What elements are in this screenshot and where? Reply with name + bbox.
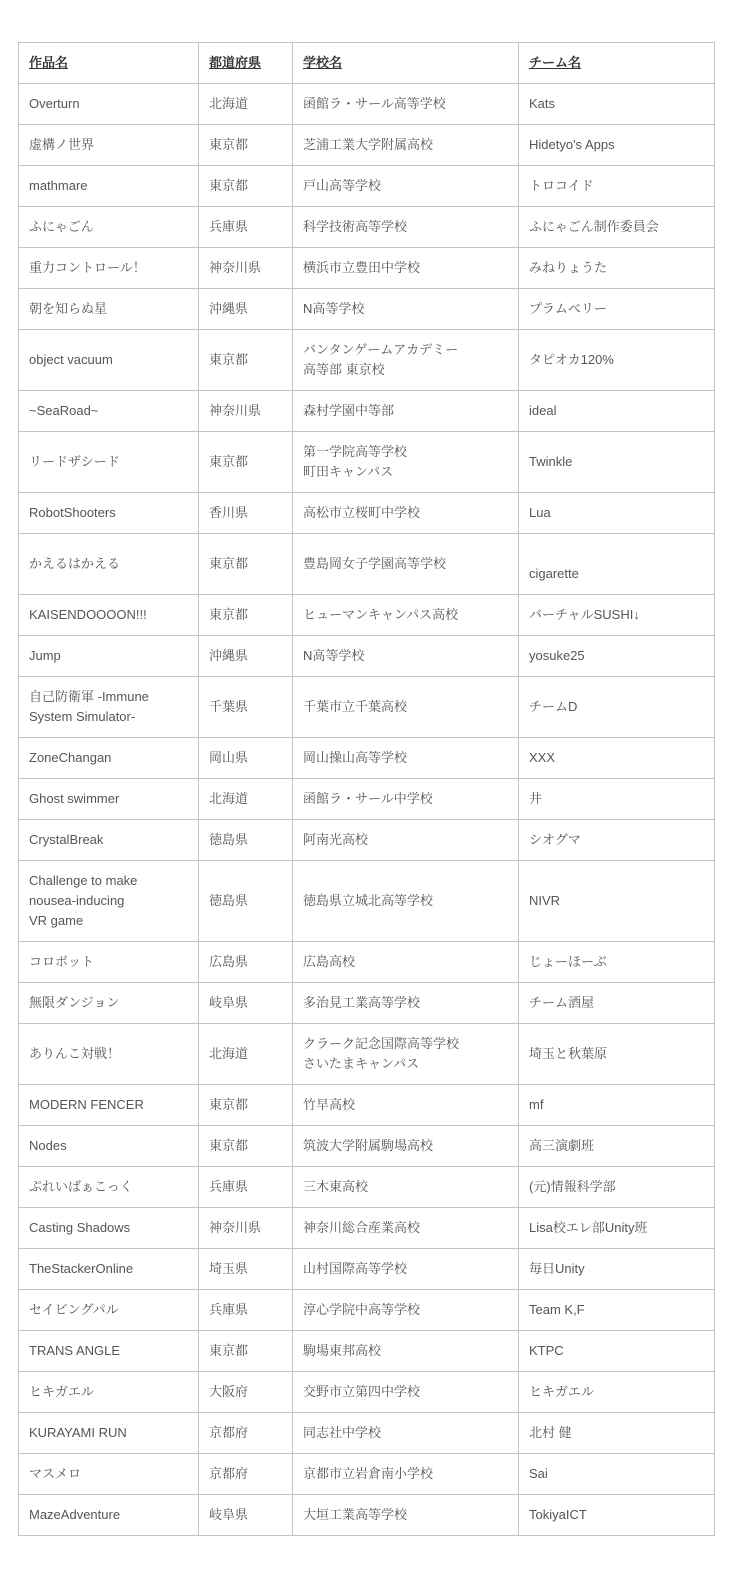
- cell-school: 淳心学院中高等学校: [293, 1290, 519, 1331]
- header-prefecture-label[interactable]: 都道府県: [209, 55, 261, 70]
- cell-school: 多治見工業高等学校: [293, 983, 519, 1024]
- cell-work-title-line: 自己防衛軍 -Immune: [29, 687, 188, 707]
- cell-team: Team K,F: [519, 1290, 715, 1331]
- cell-school-line: 科学技術高等学校: [303, 217, 508, 237]
- cell-prefecture-text: 北海道: [209, 1046, 248, 1061]
- cell-work-title: ヒキガエル: [19, 1372, 199, 1413]
- cell-work-title: MODERN FENCER: [19, 1085, 199, 1126]
- cell-school: 森村学園中等部: [293, 391, 519, 432]
- cell-team: Kats: [519, 84, 715, 125]
- cell-school-line: 横浜市立豊田中学校: [303, 258, 508, 278]
- cell-prefecture: 京都府: [199, 1454, 293, 1495]
- cell-team-line: Lua: [529, 503, 704, 523]
- table-row: ふにゃごん兵庫県科学技術高等学校ふにゃごん制作委員会: [19, 207, 715, 248]
- cell-school-line: 第一学院高等学校: [303, 442, 508, 462]
- table-row: RobotShooters香川県高松市立桜町中学校Lua: [19, 493, 715, 534]
- header-work-title[interactable]: 作品名: [19, 43, 199, 84]
- cell-work-title-line: Ghost swimmer: [29, 789, 188, 809]
- cell-work-title-line: Overturn: [29, 94, 188, 114]
- table-row: TheStackerOnline埼玉県山村国際高等学校毎日Unity: [19, 1249, 715, 1290]
- cell-prefecture: 広島県: [199, 942, 293, 983]
- cell-school: 阿南光高校: [293, 820, 519, 861]
- cell-school-line: 千葉市立千葉高校: [303, 697, 508, 717]
- cell-team: 毎日Unity: [519, 1249, 715, 1290]
- cell-work-title-line: セイビングパル: [29, 1300, 188, 1320]
- cell-school: 神奈川総合産業高校: [293, 1208, 519, 1249]
- cell-team-line: チームD: [529, 697, 704, 717]
- cell-team-line: プラムベリー: [529, 299, 704, 319]
- table-row: ぷれいばぁこっく兵庫県三木東高校(元)情報科学部: [19, 1167, 715, 1208]
- table-row: KURAYAMI RUN京都府同志社中学校北村 健: [19, 1413, 715, 1454]
- cell-prefecture: 岐阜県: [199, 983, 293, 1024]
- cell-work-title: かえるはかえる: [19, 534, 199, 595]
- cell-prefecture-text: 大阪府: [209, 1384, 248, 1399]
- cell-work-title-line: ZoneChangan: [29, 748, 188, 768]
- cell-work-title-line: nousea-inducing: [29, 891, 188, 911]
- cell-work-title: CrystalBreak: [19, 820, 199, 861]
- cell-team: みねりょうた: [519, 248, 715, 289]
- cell-team-line: KTPC: [529, 1341, 704, 1361]
- cell-team-line: Hidetyo's Apps: [529, 135, 704, 155]
- cell-team-line: シオグマ: [529, 830, 704, 850]
- cell-school: 豊島岡女子学園高等学校: [293, 534, 519, 595]
- cell-team-line: XXX: [529, 748, 704, 768]
- cell-work-title-line: ふにゃごん: [29, 217, 188, 237]
- cell-team: 埼玉と秋葉原: [519, 1024, 715, 1085]
- cell-team: バーチャルSUSHI↓: [519, 595, 715, 636]
- cell-team: 北村 健: [519, 1413, 715, 1454]
- cell-team: Lua: [519, 493, 715, 534]
- cell-prefecture: 東京都: [199, 1126, 293, 1167]
- cell-work-title-line: 重力コントロール！: [29, 258, 188, 278]
- cell-prefecture-text: 兵庫県: [209, 1302, 248, 1317]
- cell-team-line: みねりょうた: [529, 258, 704, 278]
- cell-prefecture: 沖縄県: [199, 289, 293, 330]
- cell-team: XXX: [519, 738, 715, 779]
- cell-team-line: 北村 健: [529, 1423, 704, 1443]
- cell-prefecture: 京都府: [199, 1413, 293, 1454]
- table-row: mathmare東京都戸山高等学校トロコイド: [19, 166, 715, 207]
- cell-prefecture-text: 兵庫県: [209, 1179, 248, 1194]
- cell-work-title: object vacuum: [19, 330, 199, 391]
- cell-work-title-line: MODERN FENCER: [29, 1095, 188, 1115]
- cell-prefecture-text: 京都府: [209, 1466, 248, 1481]
- cell-work-title-line: TRANS ANGLE: [29, 1341, 188, 1361]
- header-team-label[interactable]: チーム名: [529, 55, 581, 70]
- table-row: ~SeaRoad~神奈川県森村学園中等部ideal: [19, 391, 715, 432]
- cell-school: 科学技術高等学校: [293, 207, 519, 248]
- cell-school: 同志社中学校: [293, 1413, 519, 1454]
- cell-school-line: 京都市立岩倉南小学校: [303, 1464, 508, 1484]
- cell-school: 大垣工業高等学校: [293, 1495, 519, 1536]
- cell-team: Twinkle: [519, 432, 715, 493]
- cell-team-line: チーム酒屋: [529, 993, 704, 1013]
- cell-work-title: 自己防衛軍 -ImmuneSystem Simulator-: [19, 677, 199, 738]
- cell-school-line: 徳島県立城北高等学校: [303, 891, 508, 911]
- cell-prefecture: 大阪府: [199, 1372, 293, 1413]
- table-row: CrystalBreak徳島県阿南光高校シオグマ: [19, 820, 715, 861]
- table-row: Nodes東京都筑波大学附属駒場高校高三演劇班: [19, 1126, 715, 1167]
- cell-prefecture-text: 東京都: [209, 454, 248, 469]
- cell-prefecture: 千葉県: [199, 677, 293, 738]
- table-row: 自己防衛軍 -ImmuneSystem Simulator-千葉県千葉市立千葉高…: [19, 677, 715, 738]
- cell-work-title-line: Jump: [29, 646, 188, 666]
- cell-team: シオグマ: [519, 820, 715, 861]
- cell-school: 交野市立第四中学校: [293, 1372, 519, 1413]
- cell-school-line: 交野市立第四中学校: [303, 1382, 508, 1402]
- cell-team-line: mf: [529, 1095, 704, 1115]
- cell-prefecture-text: 兵庫県: [209, 219, 248, 234]
- cell-school: 駒場東邦高校: [293, 1331, 519, 1372]
- cell-prefecture-text: 東京都: [209, 1097, 248, 1112]
- cell-prefecture-text: 埼玉県: [209, 1261, 248, 1276]
- cell-prefecture: 東京都: [199, 1331, 293, 1372]
- cell-work-title: Challenge to makenousea-inducingVR game: [19, 861, 199, 942]
- entries-table: 作品名 都道府県 学校名 チーム名 Overturn北海道函館ラ・サール高等学校…: [18, 42, 715, 1536]
- cell-work-title: リードザシード: [19, 432, 199, 493]
- cell-work-title: ふにゃごん: [19, 207, 199, 248]
- table-row: TRANS ANGLE東京都駒場東邦高校KTPC: [19, 1331, 715, 1372]
- cell-school-line: 同志社中学校: [303, 1423, 508, 1443]
- cell-team: TokiyaICT: [519, 1495, 715, 1536]
- cell-team-line: (元)情報科学部: [529, 1177, 704, 1197]
- table-row: Challenge to makenousea-inducingVR game徳…: [19, 861, 715, 942]
- cell-prefecture-text: 千葉県: [209, 699, 248, 714]
- cell-prefecture: 兵庫県: [199, 1167, 293, 1208]
- cell-team-line: 毎日Unity: [529, 1259, 704, 1279]
- cell-team: yosuke25: [519, 636, 715, 677]
- cell-team-line: じょーほーぶ: [529, 952, 704, 972]
- cell-school-line: 広島高校: [303, 952, 508, 972]
- cell-work-title-line: KURAYAMI RUN: [29, 1423, 188, 1443]
- cell-school-line: 豊島岡女子学園高等学校: [303, 554, 508, 574]
- table-row: object vacuum東京都バンタンゲームアカデミー高等部 東京校タピオカ1…: [19, 330, 715, 391]
- cell-work-title: MazeAdventure: [19, 1495, 199, 1536]
- cell-work-title: Ghost swimmer: [19, 779, 199, 820]
- cell-work-title: mathmare: [19, 166, 199, 207]
- cell-prefecture: 東京都: [199, 166, 293, 207]
- cell-team: チーム酒屋: [519, 983, 715, 1024]
- cell-work-title-line: 無限ダンジョン: [29, 993, 188, 1013]
- table-row: Casting Shadows神奈川県神奈川総合産業高校Lisa校エレ部Unit…: [19, 1208, 715, 1249]
- cell-team-line: Kats: [529, 94, 704, 114]
- cell-prefecture-text: 東京都: [209, 137, 248, 152]
- cell-work-title: KURAYAMI RUN: [19, 1413, 199, 1454]
- cell-school: 山村国際高等学校: [293, 1249, 519, 1290]
- cell-school-line: 淳心学院中高等学校: [303, 1300, 508, 1320]
- cell-work-title: ZoneChangan: [19, 738, 199, 779]
- cell-work-title: TheStackerOnline: [19, 1249, 199, 1290]
- cell-school: 徳島県立城北高等学校: [293, 861, 519, 942]
- table-row: 虚構ノ世界東京都芝浦工業大学附属高校Hidetyo's Apps: [19, 125, 715, 166]
- cell-prefecture: 北海道: [199, 84, 293, 125]
- cell-prefecture: 岐阜県: [199, 1495, 293, 1536]
- cell-school: 岡山操山高等学校: [293, 738, 519, 779]
- cell-school: 京都市立岩倉南小学校: [293, 1454, 519, 1495]
- cell-team-line: TokiyaICT: [529, 1505, 704, 1525]
- cell-prefecture-text: 神奈川県: [209, 260, 261, 275]
- cell-work-title: 重力コントロール！: [19, 248, 199, 289]
- header-school-label[interactable]: 学校名: [303, 55, 342, 70]
- cell-prefecture: 神奈川県: [199, 391, 293, 432]
- cell-team-line: Twinkle: [529, 452, 704, 472]
- cell-work-title: TRANS ANGLE: [19, 1331, 199, 1372]
- cell-team-line: NIVR: [529, 891, 704, 911]
- cell-prefecture: 東京都: [199, 125, 293, 166]
- cell-work-title: ありんこ対戦！: [19, 1024, 199, 1085]
- cell-prefecture-text: 神奈川県: [209, 403, 261, 418]
- cell-work-title: ぷれいばぁこっく: [19, 1167, 199, 1208]
- cell-school-line: 森村学園中等部: [303, 401, 508, 421]
- cell-work-title: 無限ダンジョン: [19, 983, 199, 1024]
- cell-work-title-line: TheStackerOnline: [29, 1259, 188, 1279]
- cell-prefecture: 東京都: [199, 534, 293, 595]
- cell-work-title-line: リードザシード: [29, 452, 188, 472]
- cell-work-title: Overturn: [19, 84, 199, 125]
- cell-prefecture-text: 京都府: [209, 1425, 248, 1440]
- cell-prefecture: 北海道: [199, 1024, 293, 1085]
- cell-prefecture: 東京都: [199, 330, 293, 391]
- cell-school-line: 町田キャンパス: [303, 462, 508, 482]
- cell-school: 第一学院高等学校町田キャンパス: [293, 432, 519, 493]
- cell-prefecture: 埼玉県: [199, 1249, 293, 1290]
- cell-school: 広島高校: [293, 942, 519, 983]
- table-header-row: 作品名 都道府県 学校名 チーム名: [19, 43, 715, 84]
- table-row: Overturn北海道函館ラ・サール高等学校Kats: [19, 84, 715, 125]
- cell-work-title-line: Challenge to make: [29, 871, 188, 891]
- cell-prefecture: 神奈川県: [199, 248, 293, 289]
- cell-school: バンタンゲームアカデミー高等部 東京校: [293, 330, 519, 391]
- table-row: Jump沖縄県N高等学校yosuke25: [19, 636, 715, 677]
- cell-team: Hidetyo's Apps: [519, 125, 715, 166]
- cell-work-title-line: KAISENDOOOON!!!: [29, 605, 188, 625]
- table-row: ありんこ対戦！北海道クラーク記念国際高等学校さいたまキャンパス埼玉と秋葉原: [19, 1024, 715, 1085]
- cell-work-title-line: コロボット: [29, 952, 188, 972]
- table-row: リードザシード東京都第一学院高等学校町田キャンパスTwinkle: [19, 432, 715, 493]
- cell-prefecture-text: 徳島県: [209, 893, 248, 908]
- cell-school-line: 駒場東邦高校: [303, 1341, 508, 1361]
- cell-prefecture-text: 東京都: [209, 352, 248, 367]
- cell-team: (元)情報科学部: [519, 1167, 715, 1208]
- cell-school: 三木東高校: [293, 1167, 519, 1208]
- cell-team-line: Sai: [529, 1464, 704, 1484]
- cell-team-line: ふにゃごん制作委員会: [529, 217, 704, 237]
- header-work-title-label[interactable]: 作品名: [29, 55, 68, 70]
- table-row: KAISENDOOOON!!!東京都ヒューマンキャンパス高校バーチャルSUSHI…: [19, 595, 715, 636]
- cell-school-line: 芝浦工業大学附属高校: [303, 135, 508, 155]
- cell-school-line: 竹早高校: [303, 1095, 508, 1115]
- cell-prefecture-text: 沖縄県: [209, 301, 248, 316]
- cell-team: ふにゃごん制作委員会: [519, 207, 715, 248]
- cell-team: タピオカ120%: [519, 330, 715, 391]
- cell-work-title: ~SeaRoad~: [19, 391, 199, 432]
- cell-prefecture-text: 広島県: [209, 954, 248, 969]
- cell-school-line: 函館ラ・サール中学校: [303, 789, 508, 809]
- cell-work-title-line: MazeAdventure: [29, 1505, 188, 1525]
- cell-team-line: トロコイド: [529, 176, 704, 196]
- cell-school-line: 函館ラ・サール高等学校: [303, 94, 508, 114]
- cell-school-line: クラーク記念国際高等学校: [303, 1034, 508, 1054]
- cell-prefecture: 神奈川県: [199, 1208, 293, 1249]
- cell-school-line: 高松市立桜町中学校: [303, 503, 508, 523]
- cell-prefecture: 沖縄県: [199, 636, 293, 677]
- cell-team: Sai: [519, 1454, 715, 1495]
- cell-work-title-line: mathmare: [29, 176, 188, 196]
- cell-prefecture-text: 東京都: [209, 607, 248, 622]
- cell-work-title-line: かえるはかえる: [29, 554, 188, 574]
- cell-work-title-line: ぷれいばぁこっく: [29, 1177, 188, 1197]
- table-row: MazeAdventure岐阜県大垣工業高等学校TokiyaICT: [19, 1495, 715, 1536]
- cell-prefecture-text: 徳島県: [209, 832, 248, 847]
- cell-school-line: バンタンゲームアカデミー: [303, 340, 508, 360]
- cell-work-title: Casting Shadows: [19, 1208, 199, 1249]
- cell-team-line: [529, 544, 704, 564]
- table-row: Ghost swimmer北海道函館ラ・サール中学校井: [19, 779, 715, 820]
- cell-school-line: 戸山高等学校: [303, 176, 508, 196]
- cell-prefecture-text: 東京都: [209, 556, 248, 571]
- cell-prefecture-text: 神奈川県: [209, 1220, 261, 1235]
- cell-school: 千葉市立千葉高校: [293, 677, 519, 738]
- table-body: Overturn北海道函館ラ・サール高等学校Kats虚構ノ世界東京都芝浦工業大学…: [19, 84, 715, 1536]
- table-row: ZoneChangan岡山県岡山操山高等学校XXX: [19, 738, 715, 779]
- cell-school: N高等学校: [293, 636, 519, 677]
- cell-team: じょーほーぶ: [519, 942, 715, 983]
- cell-school-line: 高等部 東京校: [303, 360, 508, 380]
- header-team[interactable]: チーム名: [519, 43, 715, 84]
- cell-work-title-line: System Simulator-: [29, 707, 188, 727]
- cell-prefecture: 徳島県: [199, 820, 293, 861]
- cell-school: 芝浦工業大学附属高校: [293, 125, 519, 166]
- cell-school-line: 阿南光高校: [303, 830, 508, 850]
- cell-work-title-line: 虚構ノ世界: [29, 135, 188, 155]
- cell-prefecture: 岡山県: [199, 738, 293, 779]
- cell-team: ideal: [519, 391, 715, 432]
- cell-work-title-line: 朝を知らぬ星: [29, 299, 188, 319]
- cell-school-line: ヒューマンキャンパス高校: [303, 605, 508, 625]
- cell-prefecture-text: 岡山県: [209, 750, 248, 765]
- table-row: コロボット広島県広島高校じょーほーぶ: [19, 942, 715, 983]
- cell-team-line: タピオカ120%: [529, 350, 704, 370]
- cell-school-line: 大垣工業高等学校: [303, 1505, 508, 1525]
- cell-work-title-line: ヒキガエル: [29, 1382, 188, 1402]
- cell-team: NIVR: [519, 861, 715, 942]
- cell-work-title: KAISENDOOOON!!!: [19, 595, 199, 636]
- table-row: 無限ダンジョン岐阜県多治見工業高等学校チーム酒屋: [19, 983, 715, 1024]
- cell-prefecture-text: 香川県: [209, 505, 248, 520]
- cell-prefecture-text: 北海道: [209, 791, 248, 806]
- table-row: MODERN FENCER東京都竹早高校mf: [19, 1085, 715, 1126]
- cell-prefecture: 兵庫県: [199, 207, 293, 248]
- cell-work-title: Nodes: [19, 1126, 199, 1167]
- cell-school-line: さいたまキャンパス: [303, 1054, 508, 1074]
- cell-team-line: 井: [529, 789, 704, 809]
- cell-work-title-line: Nodes: [29, 1136, 188, 1156]
- cell-work-title-line: CrystalBreak: [29, 830, 188, 850]
- cell-work-title: Jump: [19, 636, 199, 677]
- cell-team-line: Lisa校エレ部Unity班: [529, 1218, 704, 1238]
- cell-work-title: 虚構ノ世界: [19, 125, 199, 166]
- cell-team-line: Team K,F: [529, 1300, 704, 1320]
- cell-prefecture: 北海道: [199, 779, 293, 820]
- cell-school: 戸山高等学校: [293, 166, 519, 207]
- table-row: セイビングパル兵庫県淳心学院中高等学校Team K,F: [19, 1290, 715, 1331]
- table-row: 重力コントロール！神奈川県横浜市立豊田中学校みねりょうた: [19, 248, 715, 289]
- cell-team-line: ヒキガエル: [529, 1382, 704, 1402]
- cell-prefecture: 兵庫県: [199, 1290, 293, 1331]
- cell-school-line: N高等学校: [303, 646, 508, 666]
- cell-school-line: N高等学校: [303, 299, 508, 319]
- cell-team-line: 埼玉と秋葉原: [529, 1044, 704, 1064]
- cell-school-line: 岡山操山高等学校: [303, 748, 508, 768]
- cell-team-line: ideal: [529, 401, 704, 421]
- cell-prefecture: 東京都: [199, 432, 293, 493]
- header-school[interactable]: 学校名: [293, 43, 519, 84]
- cell-team: チームD: [519, 677, 715, 738]
- table-row: 朝を知らぬ星沖縄県N高等学校プラムベリー: [19, 289, 715, 330]
- cell-work-title: 朝を知らぬ星: [19, 289, 199, 330]
- cell-work-title: セイビングパル: [19, 1290, 199, 1331]
- cell-team: 井: [519, 779, 715, 820]
- cell-school-line: 多治見工業高等学校: [303, 993, 508, 1013]
- cell-prefecture: 香川県: [199, 493, 293, 534]
- cell-team: mf: [519, 1085, 715, 1126]
- cell-work-title-line: ありんこ対戦！: [29, 1044, 188, 1064]
- cell-work-title-line: VR game: [29, 911, 188, 931]
- cell-team-line: cigarette: [529, 564, 704, 584]
- cell-team: プラムベリー: [519, 289, 715, 330]
- cell-school: 函館ラ・サール高等学校: [293, 84, 519, 125]
- cell-work-title: RobotShooters: [19, 493, 199, 534]
- table-row: かえるはかえる東京都豊島岡女子学園高等学校cigarette: [19, 534, 715, 595]
- cell-school: N高等学校: [293, 289, 519, 330]
- cell-work-title: マスメロ: [19, 1454, 199, 1495]
- cell-work-title-line: Casting Shadows: [29, 1218, 188, 1238]
- cell-school: クラーク記念国際高等学校さいたまキャンパス: [293, 1024, 519, 1085]
- cell-school-line: 山村国際高等学校: [303, 1259, 508, 1279]
- cell-team: Lisa校エレ部Unity班: [519, 1208, 715, 1249]
- cell-work-title-line: ~SeaRoad~: [29, 401, 188, 421]
- entries-table-container: 作品名 都道府県 学校名 チーム名 Overturn北海道函館ラ・サール高等学校…: [18, 42, 714, 1536]
- cell-team: 高三演劇班: [519, 1126, 715, 1167]
- table-row: ヒキガエル大阪府交野市立第四中学校ヒキガエル: [19, 1372, 715, 1413]
- cell-prefecture-text: 北海道: [209, 96, 248, 111]
- cell-prefecture-text: 東京都: [209, 1343, 248, 1358]
- cell-team: cigarette: [519, 534, 715, 595]
- cell-school-line: 筑波大学附属駒場高校: [303, 1136, 508, 1156]
- cell-prefecture-text: 沖縄県: [209, 648, 248, 663]
- cell-work-title: コロボット: [19, 942, 199, 983]
- cell-school-line: 神奈川総合産業高校: [303, 1218, 508, 1238]
- cell-team-line: yosuke25: [529, 646, 704, 666]
- cell-school: 筑波大学附属駒場高校: [293, 1126, 519, 1167]
- cell-school-line: 三木東高校: [303, 1177, 508, 1197]
- header-prefecture[interactable]: 都道府県: [199, 43, 293, 84]
- cell-prefecture: 徳島県: [199, 861, 293, 942]
- cell-team: KTPC: [519, 1331, 715, 1372]
- cell-prefecture-text: 東京都: [209, 178, 248, 193]
- cell-prefecture-text: 岐阜県: [209, 995, 248, 1010]
- cell-work-title-line: マスメロ: [29, 1464, 188, 1484]
- cell-work-title-line: RobotShooters: [29, 503, 188, 523]
- cell-school: 横浜市立豊田中学校: [293, 248, 519, 289]
- cell-school: ヒューマンキャンパス高校: [293, 595, 519, 636]
- cell-team-line: バーチャルSUSHI↓: [529, 605, 704, 625]
- cell-team-line: 高三演劇班: [529, 1136, 704, 1156]
- cell-school: 高松市立桜町中学校: [293, 493, 519, 534]
- cell-prefecture: 東京都: [199, 1085, 293, 1126]
- cell-prefecture-text: 東京都: [209, 1138, 248, 1153]
- cell-prefecture-text: 岐阜県: [209, 1507, 248, 1522]
